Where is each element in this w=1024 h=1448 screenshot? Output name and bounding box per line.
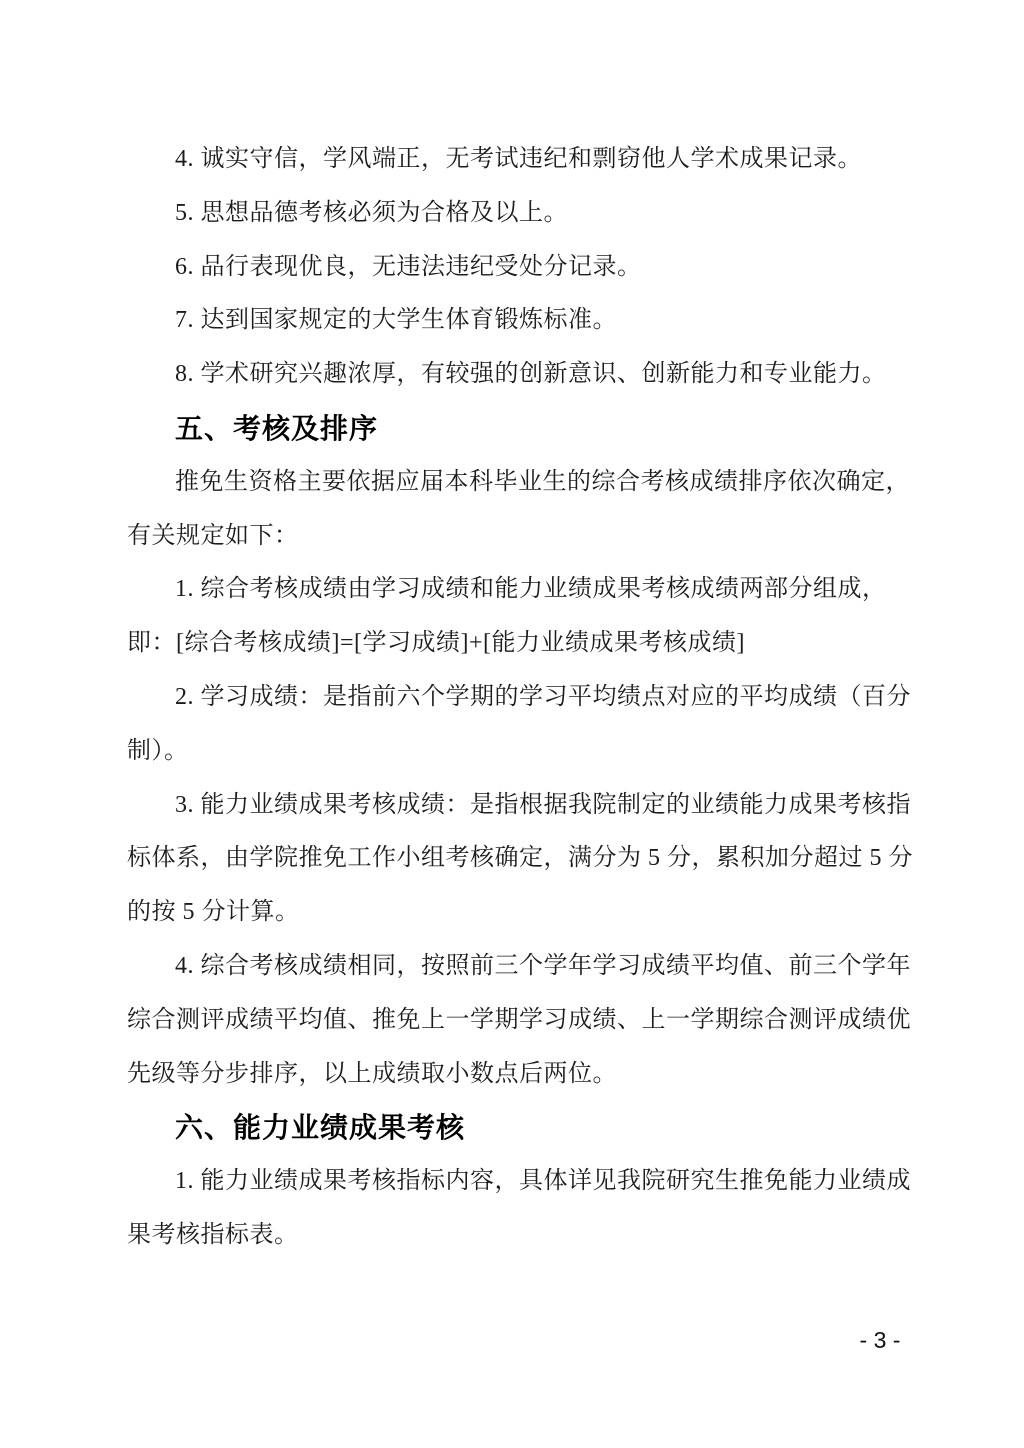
intro-paragraph-line-1: 推免生资格主要依据应届本科毕业生的综合考核成绩排序依次确定， (127, 456, 907, 510)
section-heading-capability-assessment: 六、能力业绩成果考核 (127, 1101, 907, 1155)
document-body: 4. 诚实守信，学风端正，无考试违纪和剽窃他人学术成果记录。 5. 思想品德考核… (127, 133, 907, 1263)
capability-item-1-line-2: 果考核指标表。 (127, 1209, 907, 1263)
rule-4-line-1: 4. 综合考核成绩相同，按照前三个学年学习成绩平均值、前三个学年 (127, 940, 907, 994)
list-item-6: 6. 品行表现优良，无违法违纪受处分记录。 (127, 241, 907, 295)
capability-item-1-line-1: 1. 能力业绩成果考核指标内容，具体详见我院研究生推免能力业绩成 (127, 1155, 907, 1209)
rule-4-line-2: 综合测评成绩平均值、推免上一学期学习成绩、上一学期综合测评成绩优 (127, 994, 907, 1048)
rule-1-line-1: 1. 综合考核成绩由学习成绩和能力业绩成果考核成绩两部分组成， (127, 563, 907, 617)
rule-3-line-2: 标体系，由学院推免工作小组考核确定，满分为 5 分，累积加分超过 5 分 (127, 832, 907, 886)
rule-3-line-1: 3. 能力业绩成果考核成绩：是指根据我院制定的业绩能力成果考核指 (127, 779, 907, 833)
rule-1-formula-line: 即：[综合考核成绩]=[学习成绩]+[能力业绩成果考核成绩] (127, 617, 907, 671)
document-page: 4. 诚实守信，学风端正，无考试违纪和剽窃他人学术成果记录。 5. 思想品德考核… (0, 0, 1024, 1448)
rule-4-line-3: 先级等分步排序，以上成绩取小数点后两位。 (127, 1048, 907, 1102)
list-item-7: 7. 达到国家规定的大学生体育锻炼标准。 (127, 294, 907, 348)
list-item-4: 4. 诚实守信，学风端正，无考试违纪和剽窃他人学术成果记录。 (127, 133, 907, 187)
section-heading-assessment-ranking: 五、考核及排序 (127, 402, 907, 456)
page-number: - 3 - (840, 1322, 920, 1358)
rule-2-line-2: 制）。 (127, 725, 907, 779)
intro-paragraph-line-2: 有关规定如下： (127, 510, 907, 564)
rule-3-line-3: 的按 5 分计算。 (127, 886, 907, 940)
list-item-8: 8. 学术研究兴趣浓厚，有较强的创新意识、创新能力和专业能力。 (127, 348, 907, 402)
rule-2-line-1: 2. 学习成绩：是指前六个学期的学习平均绩点对应的平均成绩（百分 (127, 671, 907, 725)
list-item-5: 5. 思想品德考核必须为合格及以上。 (127, 187, 907, 241)
